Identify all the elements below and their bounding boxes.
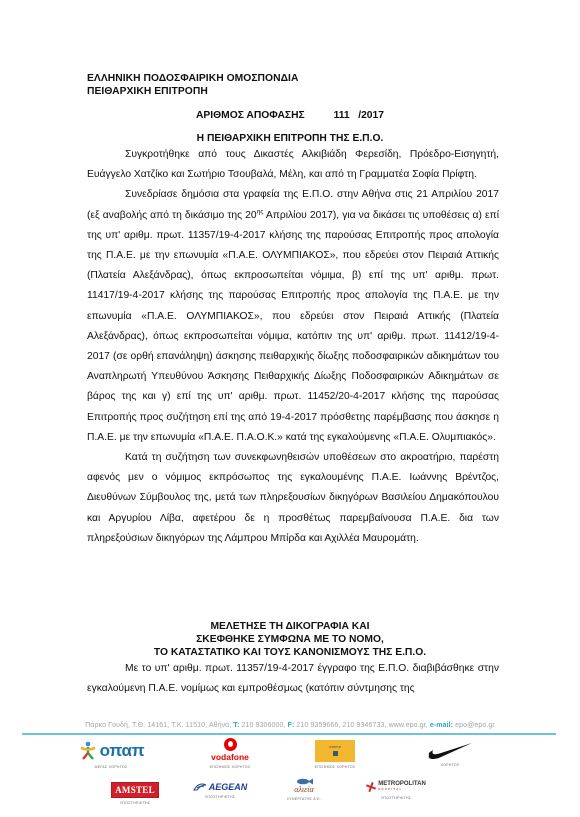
phone-number: 210 9306000, — [239, 722, 287, 729]
sponsor-nike: ΧΟΡΗΓΟΣ — [415, 740, 485, 767]
decision-number-line: ΑΡΙΘΜΟΣ ΑΠΟΦΑΣΗΣ 111 /2017 — [0, 110, 580, 121]
decision-number: 111 /2017 — [334, 110, 384, 121]
committee-name: ΠΕΙΘΑΡΧΙΚΗ ΕΠΙΤΡΟΠΗ — [87, 86, 208, 97]
study-heading: ΜΕΛΕΤΗΣΕ ΤΗ ΔΙΚΟΓΡΑΦΙΑ ΚΑΙ ΣΚΕΦΘΗΚΕ ΣΥΜΦ… — [0, 620, 580, 659]
sponsor-gold-box: ΧΟΡΗΓΟΣ ΕΠΙΣΗΜΟΣ ΧΟΡΗΓΟΣ — [300, 740, 370, 769]
footer-address: Πάρκο Γουδή, Τ.Θ. 14161, Τ.Κ. 11510, Αθή… — [85, 722, 233, 729]
committee-heading: Η ΠΕΙΘΑΡΧΙΚΗ ΕΠΙΤΡΟΠΗ ΤΗΣ Ε.Π.Ο. — [0, 133, 580, 144]
federation-name: ΕΛΛΗΝΙΚΗ ΠΟΔΟΣΦΑΙΡΙΚΗ ΟΜΟΣΠΟΝΔΙΑ — [87, 73, 298, 84]
sponsor-caption: ΥΠΟΣΤΗΡΙΚΤΗΣ — [205, 795, 235, 799]
metropolitan-subtitle: HOSPITAL — [378, 787, 426, 793]
fish-icon — [295, 778, 313, 785]
nike-swoosh-icon — [427, 740, 473, 760]
sponsor-aegean: AEGEAN ΥΠΟΣΤΗΡΙΚΤΗΣ — [180, 782, 260, 799]
opap-logo: οπαπ — [78, 740, 145, 762]
sponsor-caption: ΕΠΙΣΗΜΟΣ ΧΟΡΗΓΟΣ — [210, 765, 251, 769]
gold-sponsor-emblem-icon — [333, 751, 338, 756]
aegean-wordmark: AEGEAN — [209, 782, 248, 792]
fish-brand-logo: αλιεία — [294, 778, 313, 794]
aegean-logo: AEGEAN — [193, 782, 248, 792]
sponsor-metropolitan: METROPOLITANHOSPITAL ΥΠΟΣΤΗΡΙΚΤΗΣ — [356, 781, 436, 800]
aegean-bird-icon — [193, 782, 207, 792]
sponsor-opap: οπαπ ΜΕΓΑΣ ΧΟΡΗΓΟΣ — [76, 740, 146, 769]
study-heading-line-1: ΜΕΛΕΤΗΣΕ ΤΗ ΔΙΚΟΓΡΑΦΙΑ ΚΑΙ — [0, 620, 580, 633]
vodafone-wordmark: vodafone — [211, 752, 249, 762]
sponsor-caption: ΕΠΙΣΗΜΟΣ ΧΟΡΗΓΟΣ — [315, 765, 356, 769]
email-address: epo@epo.gr — [453, 722, 495, 729]
sponsor-amstel: AMSTEL ΥΠΟΣΤΗΡΙΚΤΗΣ — [100, 782, 170, 805]
sponsor-caption: ΜΕΓΑΣ ΧΟΡΗΓΟΣ — [95, 765, 128, 769]
fish-brand-wordmark: αλιεία — [294, 785, 313, 794]
session-text-b: Απριλίου 2017), για να δικάσει τις υποθέ… — [87, 210, 499, 443]
footer-contact: Πάρκο Γουδή, Τ.Θ. 14161, Τ.Κ. 11510, Αθή… — [0, 722, 580, 729]
sponsor-caption: ΥΠΟΣΤΗΡΙΚΤΗΣ — [120, 801, 150, 805]
gold-sponsor-text: ΧΟΡΗΓΟΣ — [329, 746, 341, 749]
study-heading-line-3: ΤΟ ΚΑΤΑΣΤΑΤΙΚΟ ΚΑΙ ΤΟΥΣ ΚΑΝΟΝΙΣΜΟΥΣ ΤΗΣ … — [0, 646, 580, 659]
paragraph-composition: Συγκροτήθηκε από τους Δικαστές Αλκιβιάδη… — [87, 145, 499, 185]
sponsor-vodafone: vodafone ΕΠΙΣΗΜΟΣ ΧΟΡΗΓΟΣ — [195, 738, 265, 769]
vodafone-speechmark-icon — [224, 738, 237, 751]
body-paragraphs: Συγκροτήθηκε από τους Δικαστές Αλκιβιάδη… — [87, 145, 499, 549]
paragraph-session: Συνεδρίασε δημόσια στα γραφεία της Ε.Π.Ο… — [87, 185, 499, 448]
composition-rest: Ευάγγελο Χατζίκο και Σωτήριο Τσουβαλά, Μ… — [87, 169, 477, 180]
email-label: e-mail: — [430, 722, 453, 729]
composition-first-line: Συγκροτήθηκε από τους Δικαστές Αλκιβιάδη… — [125, 149, 499, 160]
sponsor-fish-brand: αλιεία ΣΥΝΕΡΓΑΤΗΣ Α.Ε. — [264, 778, 344, 801]
paragraph-hearing: Κατά τη συζήτηση των συνεκφωνηθεισών υπο… — [87, 448, 499, 549]
footer-divider — [22, 733, 556, 735]
decision-label: ΑΡΙΘΜΟΣ ΑΠΟΦΑΣΗΣ — [196, 110, 305, 121]
fax-and-web: 210 9359666, 210 9346733, www.epo.gr, — [294, 722, 429, 729]
metropolitan-wordmark: METROPOLITANHOSPITAL — [378, 781, 426, 793]
opap-star-icon — [78, 741, 98, 761]
amstel-logo: AMSTEL — [111, 782, 159, 798]
body-continuation: Με το υπ' αριθμ. πρωτ. 11357/19-4-2017 έ… — [87, 659, 499, 699]
gold-sponsor-logo: ΧΟΡΗΓΟΣ — [315, 740, 355, 762]
document-page: ΕΛΛΗΝΙΚΗ ΠΟΔΟΣΦΑΙΡΙΚΗ ΟΜΟΣΠΟΝΔΙΑ ΠΕΙΘΑΡΧ… — [0, 0, 580, 817]
opap-wordmark: οπαπ — [100, 741, 145, 761]
sponsor-caption: ΣΥΝΕΡΓΑΤΗΣ Α.Ε. — [287, 797, 321, 801]
metropolitan-logo: METROPOLITANHOSPITAL — [366, 781, 426, 793]
sponsor-caption: ΥΠΟΣΤΗΡΙΚΤΗΣ — [381, 796, 411, 800]
sponsor-caption: ΧΟΡΗΓΟΣ — [441, 763, 460, 767]
vodafone-logo: vodafone — [211, 738, 249, 762]
study-heading-line-2: ΣΚΕΦΘΗΚΕ ΣΥΜΦΩΝΑ ΜΕ ΤΟ ΝΟΜΟ, — [0, 633, 580, 646]
metropolitan-cross-icon — [366, 782, 376, 792]
paragraph-notification: Με το υπ' αριθμ. πρωτ. 11357/19-4-2017 έ… — [87, 659, 499, 699]
